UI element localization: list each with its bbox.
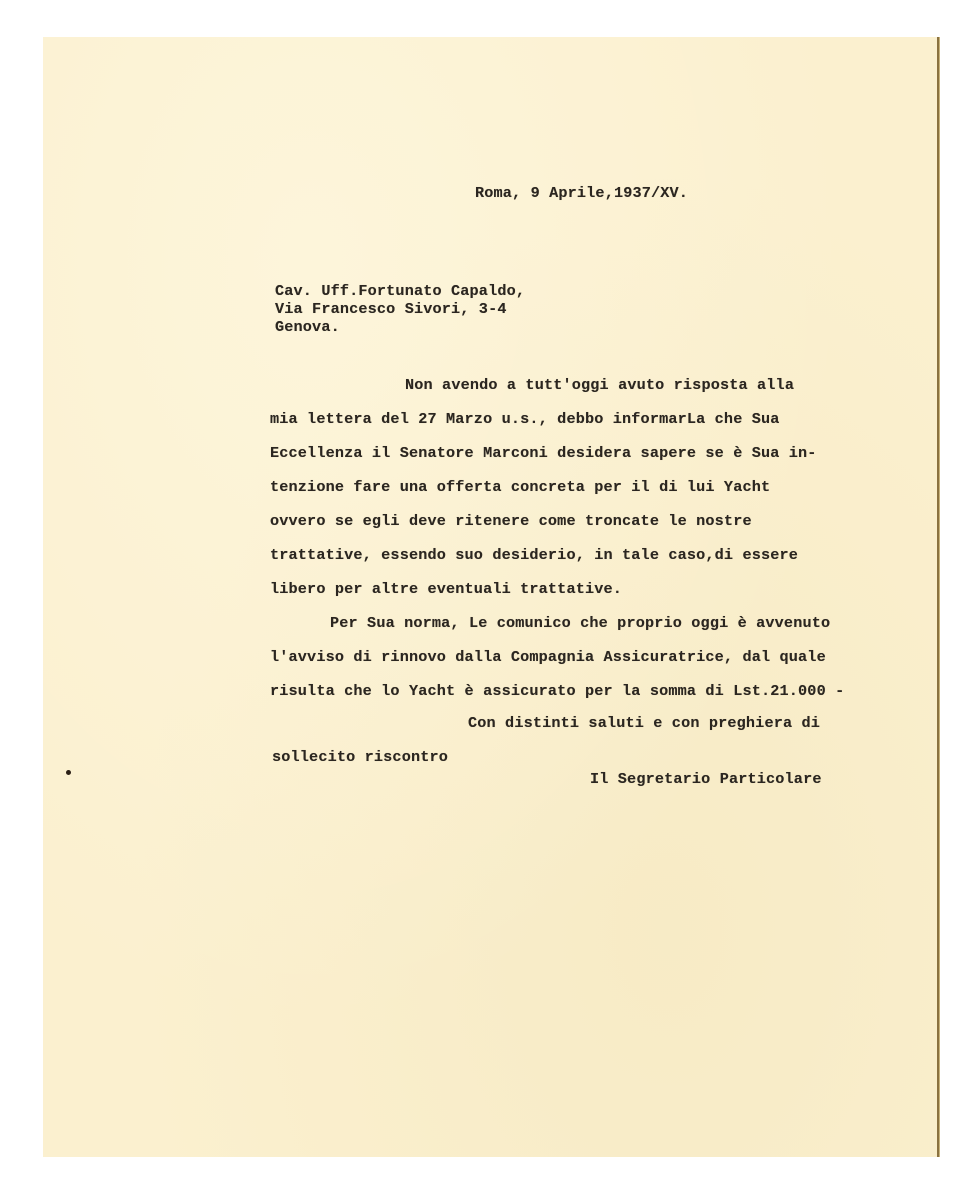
body-line: libero per altre eventuali trattative. — [270, 580, 622, 598]
ink-speck — [66, 770, 71, 775]
body-line: risulta che lo Yacht è assicurato per la… — [270, 682, 844, 700]
body-line: Per Sua norma, Le comunico che proprio o… — [330, 614, 830, 632]
body-line: Eccellenza il Senatore Marconi desidera … — [270, 444, 817, 462]
body-line: Non avendo a tutt'oggi avuto risposta al… — [405, 376, 794, 394]
recipient-city: Genova. — [275, 318, 340, 336]
signature-title: Il Segretario Particolare — [590, 770, 822, 788]
body-line: trattative, essendo suo desiderio, in ta… — [270, 546, 798, 564]
body-line: mia lettera del 27 Marzo u.s., debbo inf… — [270, 410, 780, 428]
recipient-name: Cav. Uff.Fortunato Capaldo, — [275, 282, 525, 300]
body-line: ovvero se egli deve ritenere come tronca… — [270, 512, 752, 530]
body-line: tenzione fare una offerta concreta per i… — [270, 478, 770, 496]
dateline: Roma, 9 Aprile,1937/XV. — [475, 184, 688, 202]
recipient-street: Via Francesco Sivori, 3-4 — [275, 300, 507, 318]
closing-line: sollecito riscontro — [272, 748, 448, 766]
closing-line: Con distinti saluti e con preghiera di — [468, 714, 820, 732]
body-line: l'avviso di rinnovo dalla Compagnia Assi… — [270, 648, 826, 666]
